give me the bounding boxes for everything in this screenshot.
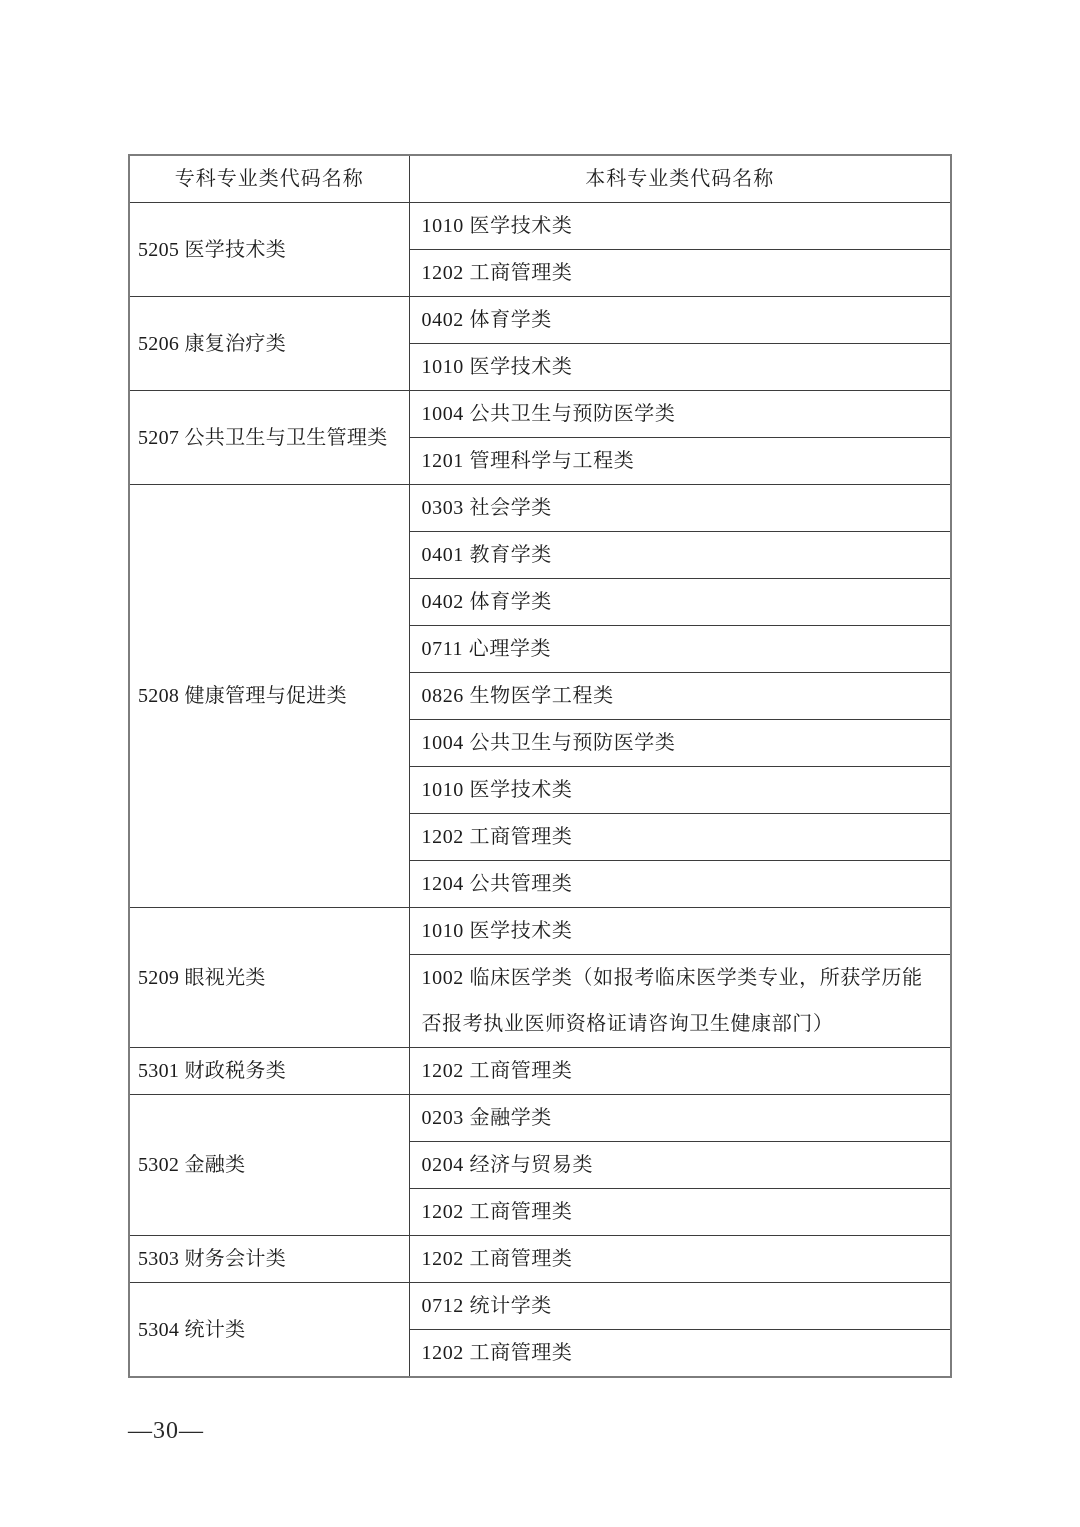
zhuanke-cell: 5303 财务会计类 (129, 1236, 409, 1283)
benke-cell: 1202 工商管理类 (409, 814, 951, 861)
benke-cell: 1204 公共管理类 (409, 861, 951, 908)
table-row: 5208 健康管理与促进类0303 社会学类 (129, 485, 951, 532)
benke-cell: 1202 工商管理类 (409, 1189, 951, 1236)
document-page: { "table": { "headers": ["专科专业类代码名称", "本… (0, 0, 1080, 1527)
benke-cell: 1002 临床医学类（如报考临床医学类专业，所获学历能否报考执业医师资格证请咨询… (409, 955, 951, 1048)
table-row: 5304 统计类0712 统计学类 (129, 1283, 951, 1330)
benke-cell: 1010 医学技术类 (409, 767, 951, 814)
benke-cell: 0402 体育学类 (409, 579, 951, 626)
table-row: 5301 财政税务类1202 工商管理类 (129, 1048, 951, 1095)
benke-cell: 1202 工商管理类 (409, 1330, 951, 1378)
benke-cell: 0711 心理学类 (409, 626, 951, 673)
zhuanke-cell: 5301 财政税务类 (129, 1048, 409, 1095)
col-header-zhuanke: 专科专业类代码名称 (129, 155, 409, 203)
table-row: 5207 公共卫生与卫生管理类1004 公共卫生与预防医学类 (129, 391, 951, 438)
table-row: 5302 金融类0203 金融学类 (129, 1095, 951, 1142)
benke-cell: 1202 工商管理类 (409, 1048, 951, 1095)
benke-cell: 0401 教育学类 (409, 532, 951, 579)
table-row: 5303 财务会计类1202 工商管理类 (129, 1236, 951, 1283)
benke-cell: 0826 生物医学工程类 (409, 673, 951, 720)
table-row: 5206 康复治疗类0402 体育学类 (129, 297, 951, 344)
benke-cell: 0303 社会学类 (409, 485, 951, 532)
major-mapping-table: 专科专业类代码名称 本科专业类代码名称 5205 医学技术类1010 医学技术类… (128, 154, 952, 1378)
zhuanke-cell: 5207 公共卫生与卫生管理类 (129, 391, 409, 485)
zhuanke-cell: 5208 健康管理与促进类 (129, 485, 409, 908)
table-body: 5205 医学技术类1010 医学技术类1202 工商管理类5206 康复治疗类… (129, 203, 951, 1378)
zhuanke-cell: 5304 统计类 (129, 1283, 409, 1378)
benke-cell: 0402 体育学类 (409, 297, 951, 344)
benke-cell: 1004 公共卫生与预防医学类 (409, 391, 951, 438)
zhuanke-cell: 5205 医学技术类 (129, 203, 409, 297)
benke-cell: 1010 医学技术类 (409, 344, 951, 391)
table-row: 5205 医学技术类1010 医学技术类 (129, 203, 951, 250)
benke-cell: 1004 公共卫生与预防医学类 (409, 720, 951, 767)
benke-cell: 1010 医学技术类 (409, 908, 951, 955)
benke-cell: 1201 管理科学与工程类 (409, 438, 951, 485)
zhuanke-cell: 5209 眼视光类 (129, 908, 409, 1048)
col-header-benke: 本科专业类代码名称 (409, 155, 951, 203)
benke-cell: 1202 工商管理类 (409, 250, 951, 297)
benke-cell: 0204 经济与贸易类 (409, 1142, 951, 1189)
benke-cell: 1010 医学技术类 (409, 203, 951, 250)
benke-cell: 1202 工商管理类 (409, 1236, 951, 1283)
zhuanke-cell: 5302 金融类 (129, 1095, 409, 1236)
zhuanke-cell: 5206 康复治疗类 (129, 297, 409, 391)
table-row: 5209 眼视光类1010 医学技术类 (129, 908, 951, 955)
page-number: —30— (128, 1418, 204, 1445)
benke-cell: 0712 统计学类 (409, 1283, 951, 1330)
benke-cell: 0203 金融学类 (409, 1095, 951, 1142)
table-header-row: 专科专业类代码名称 本科专业类代码名称 (129, 155, 951, 203)
